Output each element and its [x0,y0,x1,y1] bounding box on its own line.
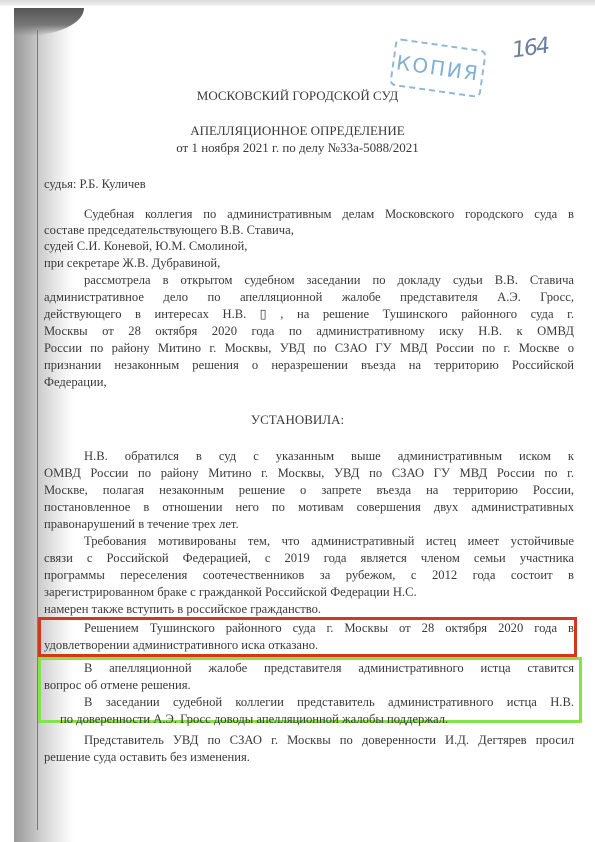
highlighted-line-green: по доверенности А.Э. Гросс доводы апелля… [44,711,574,727]
body-line: правонарушений в течение трех лет. [44,516,574,532]
section-title: УСТАНОВИЛА: [0,412,595,428]
highlighted-line-red: Решением Тушинского районного суда г. Мо… [44,620,574,636]
body-line: Н.В. обратился в суд с указанным выше ад… [44,448,574,464]
intro-line: признании незаконным решения о неразреше… [44,357,574,373]
body-line: связи с Российской Федерацией, с 2019 го… [44,550,574,566]
intro-line: действующего в интересах Н.В. ▯ , на реш… [44,306,574,322]
closing-line: Представитель УВД по СЗАО г. Москвы по д… [44,732,574,748]
intro-line: России по району Митино г. Москвы, УВД п… [44,340,574,356]
body-line: зарегистрированном браке с гражданкой Ро… [44,584,574,600]
body-line: намерен также вступить в российское граж… [44,601,574,617]
court-name: МОСКОВСКИЙ ГОРОДСКОЙ СУД [0,88,595,104]
closing-line: решение суда оставить без изменения. [44,749,574,765]
intro-line: Федерации, [44,374,574,390]
highlighted-line-red: удовлетворении административного иска от… [44,637,574,653]
body-line: программы переселения соотечественников … [44,567,574,583]
document-type: АПЕЛЛЯЦИОННОЕ ОПРЕДЕЛЕНИЕ [0,123,595,139]
highlighted-line-green: В апелляционной жалобе представителя адм… [44,660,574,676]
date-case-number: от 1 ноября 2021 г. по делу №33а-5088/20… [0,140,595,156]
highlighted-line-green: вопрос об отмене решения. [44,677,574,693]
body-line: постановленное в отношении него по мотив… [44,499,574,515]
scan-top-edge [0,0,595,6]
intro-line: составе председательствующего В.В. Стави… [44,222,574,238]
intro-line: судей С.И. Коневой, Ю.М. Смолиной, [44,238,574,254]
intro-line: Судебная коллегия по административным де… [44,206,574,222]
body-line: ОМВД России по району Митино г. Москвы, … [44,465,574,481]
intro-line: административное дело по апелляционной ж… [44,289,574,305]
intro-line: при секретаре Ж.В. Дубравиной, [44,255,574,271]
intro-line: рассмотрела в открытом судебном заседани… [44,272,574,288]
body-line: Требования мотивированы тем, что админис… [44,533,574,549]
judge-line: судья: Р.Б. Куличев [44,176,574,192]
body-line: Москве, полагая незаконным решение о зап… [44,482,574,498]
highlighted-line-green: В заседании судебной коллегии представит… [44,694,574,710]
intro-line: Москвы от 28 октября 2020 года по админи… [44,323,574,339]
handwritten-page-number: 164 [510,34,549,64]
